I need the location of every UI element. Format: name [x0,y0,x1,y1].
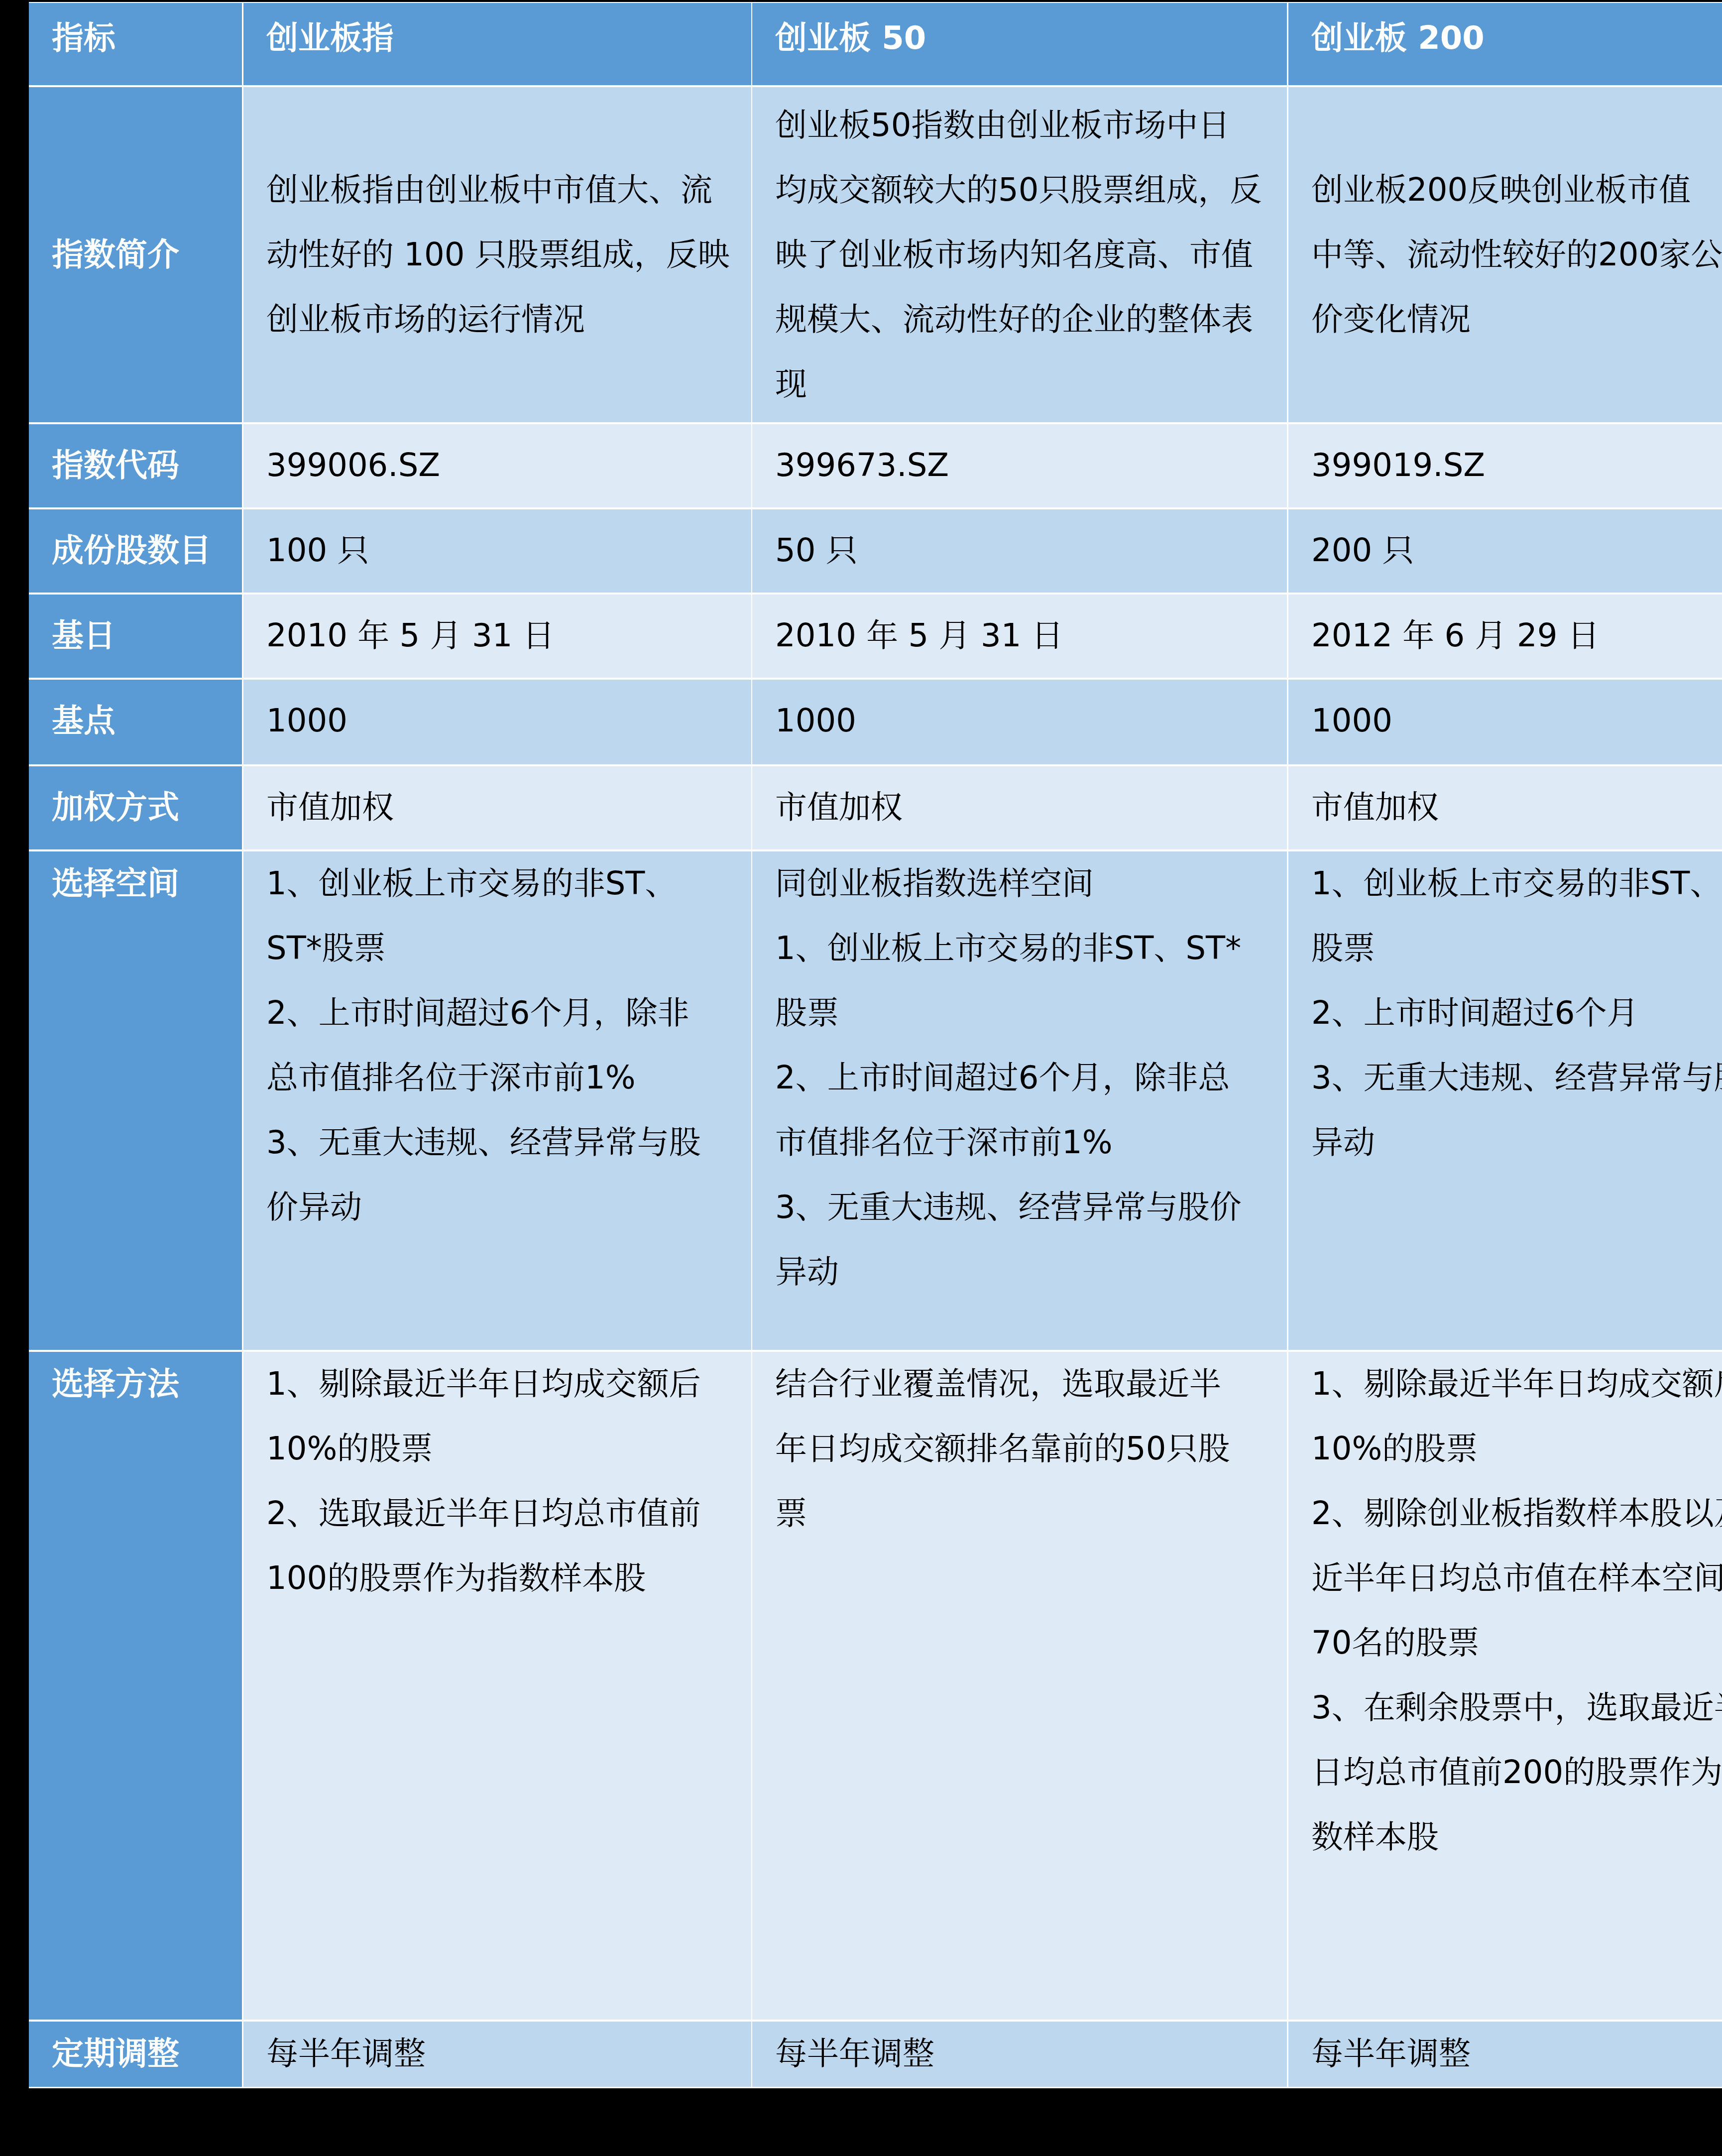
cell-weighting-chinext-200: 市值加权 [1288,766,1722,849]
table-header-row: 指标 创业板指 创业板 50 创业板 200 [29,3,1722,85]
row-label-selection-universe: 选择空间 [29,851,242,1350]
cell-constituents-chinext: 100 只 [243,509,751,593]
row-label-base-date: 基日 [29,595,242,678]
row-label-base-point: 基点 [29,680,242,764]
table-row-base-point: 基点 1000 1000 1000 [29,680,1722,764]
cell-intro-chinext: 创业板指由创业板中市值大、流 动性好的 100 只股票组成，反映 创业板市场的运… [243,87,751,422]
table-row-selection-method: 选择方法 1、剔除最近半年日均成交额后 10%的股票 2、选取最近半年日均总市值… [29,1352,1722,2020]
cell-intro-chinext-50: 创业板50指数由创业板市场中日 均成交额较大的50只股票组成，反 映了创业板市场… [752,87,1287,422]
cell-code-chinext: 399006.SZ [243,424,751,507]
table-row-code: 指数代码 399006.SZ 399673.SZ 399019.SZ [29,424,1722,507]
cell-base-date-chinext: 2010 年 5 月 31 日 [243,595,751,678]
cell-base-date-chinext-50: 2010 年 5 月 31 日 [752,595,1287,678]
table-row-weighting: 加权方式 市值加权 市值加权 市值加权 [29,766,1722,849]
cell-base-date-chinext-200: 2012 年 6 月 29 日 [1288,595,1722,678]
cell-constituents-chinext-200: 200 只 [1288,509,1722,593]
cell-constituents-chinext-50: 50 只 [752,509,1287,593]
row-label-weighting: 加权方式 [29,766,242,849]
cell-base-point-chinext-200: 1000 [1288,680,1722,764]
cell-selection-method-chinext-200: 1、剔除最近半年日均成交额后 10%的股票 2、剔除创业板指数样本股以及最 近半… [1288,1352,1722,2020]
table-row-constituents: 成份股数目 100 只 50 只 200 只 [29,509,1722,593]
cell-selection-method-chinext: 1、剔除最近半年日均成交额后 10%的股票 2、选取最近半年日均总市值前 100… [243,1352,751,2020]
row-label-rebalance: 定期调整 [29,2022,242,2087]
table-row-selection-universe: 选择空间 1、创业板上市交易的非ST、 ST*股票 2、上市时间超过6个月，除非… [29,851,1722,1350]
cell-rebalance-chinext-50: 每半年调整 [752,2022,1287,2087]
cell-selection-method-chinext-50: 结合行业覆盖情况，选取最近半 年日均成交额排名靠前的50只股 票 [752,1352,1287,2020]
cell-code-chinext-200: 399019.SZ [1288,424,1722,507]
row-label-selection-method: 选择方法 [29,1352,242,2020]
row-label-constituents: 成份股数目 [29,509,242,593]
index-comparison-table: 指标 创业板指 创业板 50 创业板 200 指数简介 创业板指由创业板中市值大… [29,2,1722,2088]
table-row-base-date: 基日 2010 年 5 月 31 日 2010 年 5 月 31 日 2012 … [29,595,1722,678]
header-cell-chinext-50: 创业板 50 [752,3,1287,85]
cell-selection-universe-chinext: 1、创业板上市交易的非ST、 ST*股票 2、上市时间超过6个月，除非 总市值排… [243,851,751,1350]
cell-rebalance-chinext: 每半年调整 [243,2022,751,2087]
row-label-code: 指数代码 [29,424,242,507]
cell-weighting-chinext: 市值加权 [243,766,751,849]
cell-rebalance-chinext-200: 每半年调整 [1288,2022,1722,2087]
cell-intro-chinext-200: 创业板200反映创业板市值 中等、流动性较好的200家公司股 价变化情况 [1288,87,1722,422]
header-cell-chinext-200: 创业板 200 [1288,3,1722,85]
cell-selection-universe-chinext-50: 同创业板指数选样空间 1、创业板上市交易的非ST、ST* 股票 2、上市时间超过… [752,851,1287,1350]
cell-weighting-chinext-50: 市值加权 [752,766,1287,849]
row-label-intro: 指数简介 [29,87,242,422]
cell-code-chinext-50: 399673.SZ [752,424,1287,507]
table-row-rebalance: 定期调整 每半年调整 每半年调整 每半年调整 [29,2022,1722,2087]
header-cell-indicator: 指标 [29,3,242,85]
table-row-intro: 指数简介 创业板指由创业板中市值大、流 动性好的 100 只股票组成，反映 创业… [29,87,1722,422]
header-cell-chinext: 创业板指 [243,3,751,85]
cell-base-point-chinext: 1000 [243,680,751,764]
cell-base-point-chinext-50: 1000 [752,680,1287,764]
cell-selection-universe-chinext-200: 1、创业板上市交易的非ST、ST* 股票 2、上市时间超过6个月 3、无重大违规… [1288,851,1722,1350]
